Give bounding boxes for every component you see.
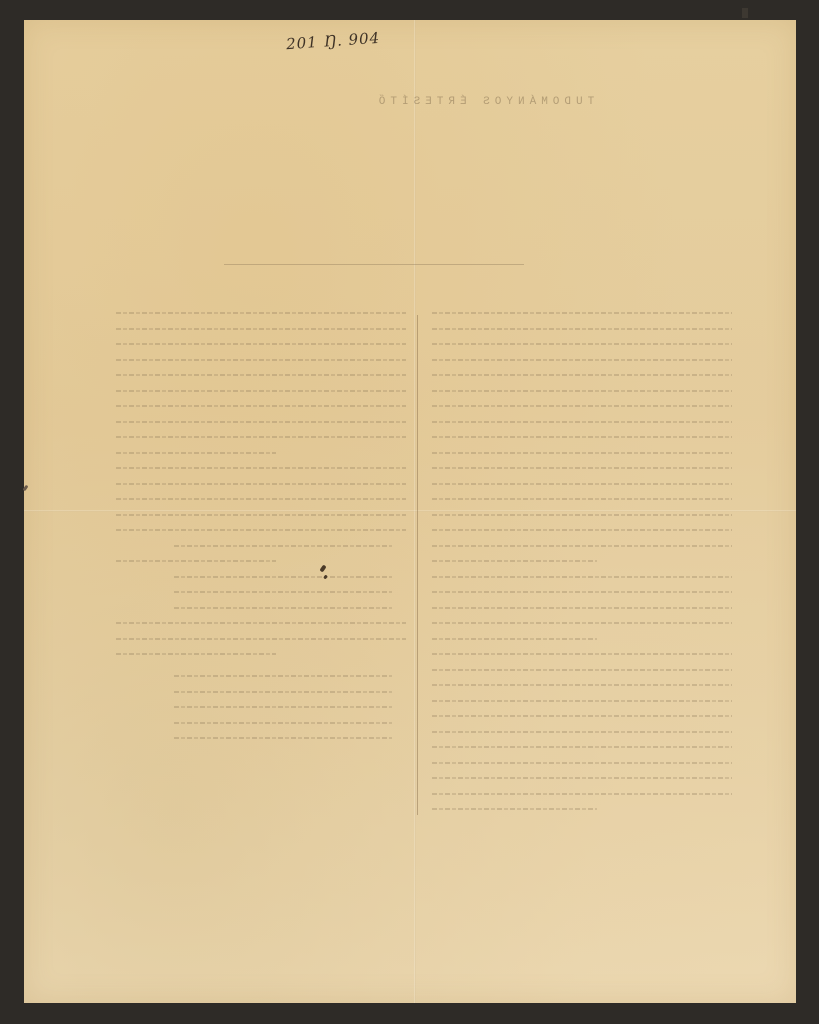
handwritten-annotation: 201 Ŋ. 904 xyxy=(285,29,380,54)
show-through-column-left xyxy=(116,312,406,753)
corner-mark xyxy=(742,8,748,18)
column-rule xyxy=(417,315,418,815)
header-rule xyxy=(224,264,524,265)
document-page: 201 Ŋ. 904 TUDOMÁNYOS ÉRTESÍTŐ xyxy=(24,20,796,1003)
show-through-header: TUDOMÁNYOS ÉRTESÍTŐ xyxy=(184,96,784,108)
edge-mark xyxy=(23,485,29,492)
show-through-column-right xyxy=(432,312,732,824)
